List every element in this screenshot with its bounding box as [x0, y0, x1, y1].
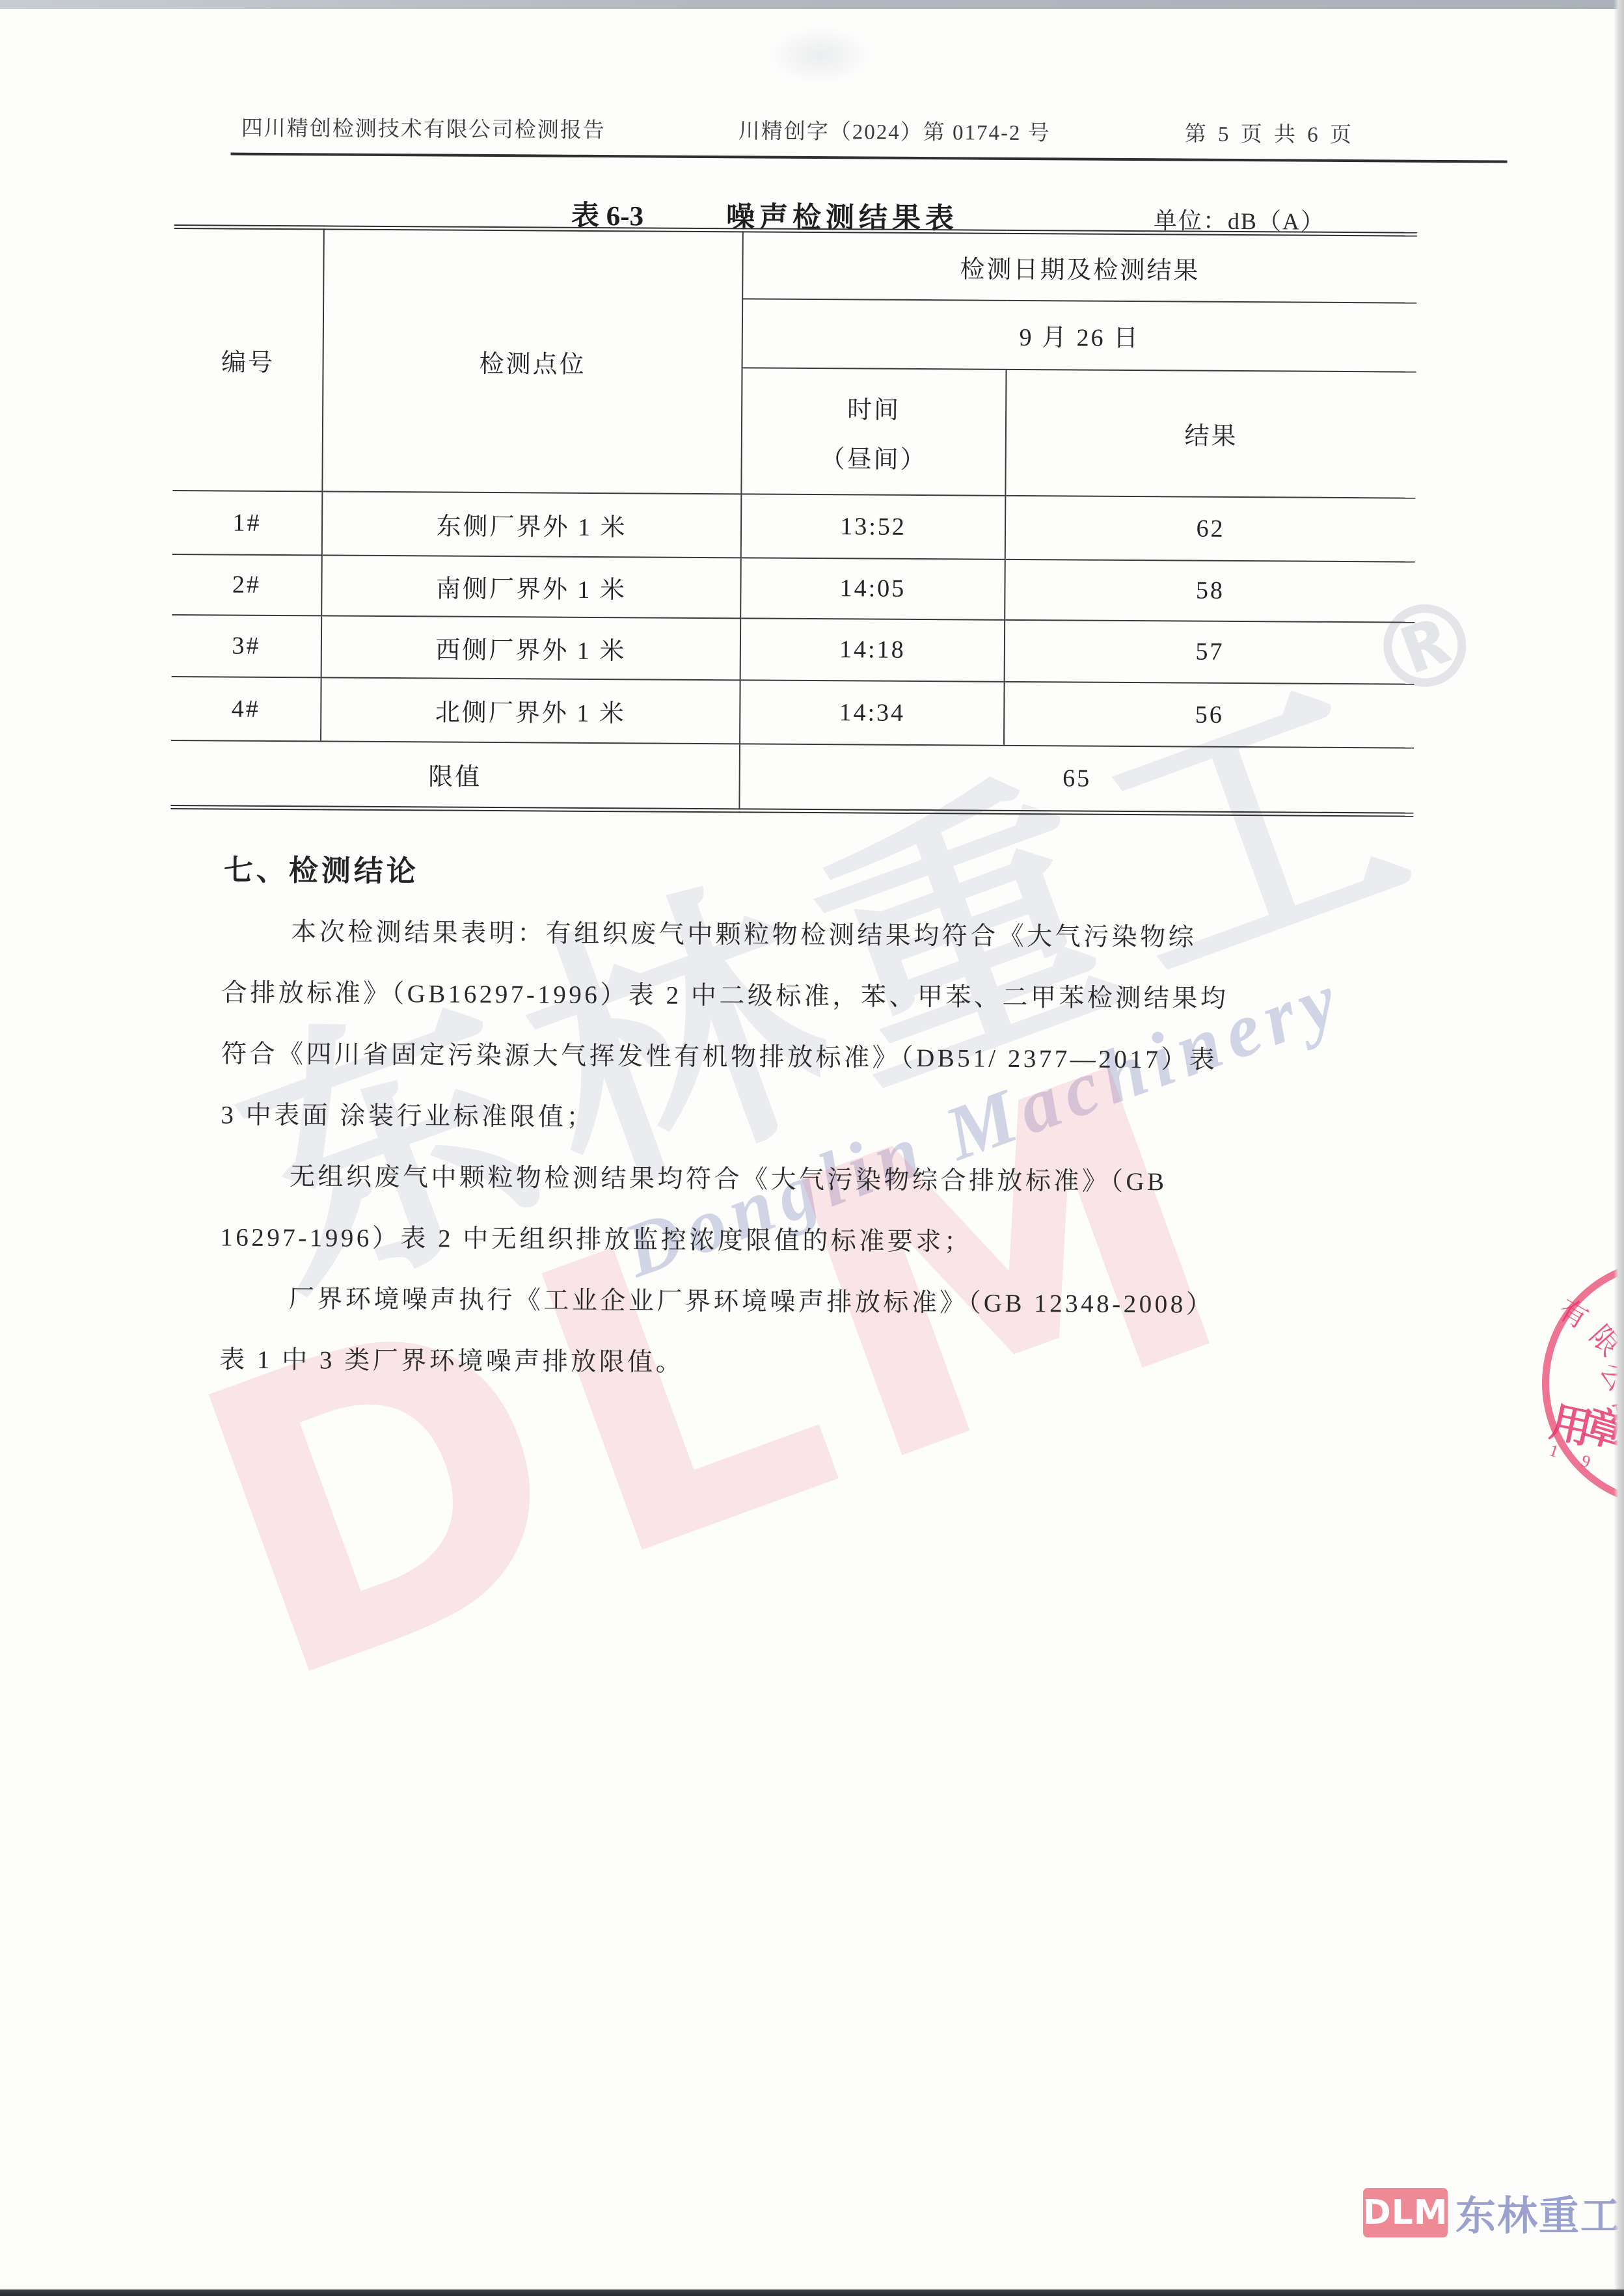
- col-header-time: 时间 （昼间）: [741, 368, 1006, 495]
- conclusion-line: 3 中表面 涂装行业标准限值；: [221, 1085, 1392, 1153]
- col-header-result: 结果: [1005, 369, 1416, 498]
- document-content: 四川精创检测技术有限公司检测报告 川精创字（2024）第 0174-2 号 第 …: [0, 0, 1624, 2296]
- cell-limit-value: 65: [739, 744, 1414, 815]
- header-report-title: 四川精创检测技术有限公司检测报告: [241, 111, 606, 144]
- scanned-report-page: 东林重工® Donglin Machinery DLM 四川精创检测技术有限公司…: [0, 0, 1624, 2296]
- cell-point: 北侧厂界外 1 米: [321, 677, 740, 744]
- conclusion-line: 合排放标准》（GB16297-1996）表 2 中二级标准，苯、甲苯、二甲苯检测…: [221, 962, 1393, 1031]
- conclusion-line: 符合《四川省固定污染源大气挥发性有机物排放标准》（DB51/ 2377—2017…: [221, 1023, 1393, 1092]
- conclusion-line: 厂界环境噪声执行《工业企业厂界环境噪声排放标准》（GB 12348-2008）: [220, 1268, 1392, 1336]
- cell-time: 14:18: [740, 618, 1005, 681]
- cell-time: 14:05: [740, 558, 1005, 619]
- header-page-info: 第 5 页 共 6 页: [1185, 117, 1355, 149]
- cell-result: 62: [1005, 495, 1416, 561]
- cell-result: 57: [1005, 619, 1415, 684]
- cell-id: 3#: [172, 615, 322, 677]
- table-row: 2# 南侧厂界外 1 米 14:05 58: [172, 554, 1415, 623]
- dlm-logo-badge: DLM: [1363, 2188, 1448, 2237]
- footer-logo: DLM 东林重工: [1363, 2183, 1622, 2241]
- col-header-time-line1: 时间: [742, 385, 1005, 435]
- cell-point: 东侧厂界外 1 米: [322, 491, 742, 558]
- footer-brand-text: 东林重工: [1455, 2183, 1622, 2241]
- scan-edge-right: [1614, 0, 1624, 2296]
- col-header-id: 编号: [172, 227, 323, 491]
- cell-id: 2#: [172, 554, 322, 615]
- dlm-logo-text: DLM: [1362, 2193, 1448, 2232]
- cell-point: 南侧厂界外 1 米: [321, 555, 741, 618]
- cell-id: 4#: [171, 677, 321, 741]
- conclusion-line: 无组织废气中颗粒物检测结果均符合《大气污染物综合排放标准》（GB: [221, 1146, 1392, 1214]
- col-header-point: 检测点位: [322, 228, 742, 494]
- col-header-time-line2: （昼间）: [742, 434, 1005, 485]
- cell-limit-label: 限值: [170, 740, 740, 811]
- cell-time: 13:52: [741, 494, 1006, 559]
- conclusion-line: 本次检测结果表明：有组织废气中颗粒物检测结果均符合《大气污染物综: [222, 901, 1394, 969]
- cell-result: 56: [1004, 681, 1414, 748]
- cell-point: 西侧厂界外 1 米: [321, 615, 741, 680]
- header-rule: [231, 153, 1508, 163]
- cell-result: 58: [1005, 559, 1415, 622]
- col-header-date: 9 月 26 日: [742, 299, 1417, 371]
- table-row: 1# 东侧厂界外 1 米 13:52 62: [172, 491, 1416, 562]
- noise-result-table: 编号 检测点位 检测日期及检测结果 9 月 26 日 时间 （昼间） 结果 1#…: [170, 224, 1416, 817]
- scan-edge-bottom: [0, 2289, 1624, 2296]
- table-row: 3# 西侧厂界外 1 米 14:18 57: [172, 615, 1415, 684]
- conclusion-heading: 七、检测结论: [224, 846, 419, 890]
- col-header-group: 检测日期及检测结果: [742, 230, 1417, 303]
- table-row: 编号 检测点位 检测日期及检测结果: [174, 227, 1417, 303]
- header-doc-number: 川精创字（2024）第 0174-2 号: [738, 114, 1051, 146]
- conclusion-line: 表 1 中 3 类厂界环境噪声排放限值。: [219, 1329, 1391, 1398]
- table-row: 4# 北侧厂界外 1 米 14:34 56: [171, 677, 1414, 748]
- cell-id: 1#: [172, 491, 323, 555]
- table-row-limit: 限值 65: [170, 740, 1414, 815]
- conclusion-paragraphs: 本次检测结果表明：有组织废气中颗粒物检测结果均符合《大气污染物综 合排放标准》（…: [219, 901, 1394, 1398]
- conclusion-line: 16297-1996）表 2 中无组织排放监控浓度限值的标准要求；: [220, 1207, 1392, 1275]
- cell-time: 14:34: [740, 680, 1005, 745]
- scan-edge-top: [0, 0, 1624, 9]
